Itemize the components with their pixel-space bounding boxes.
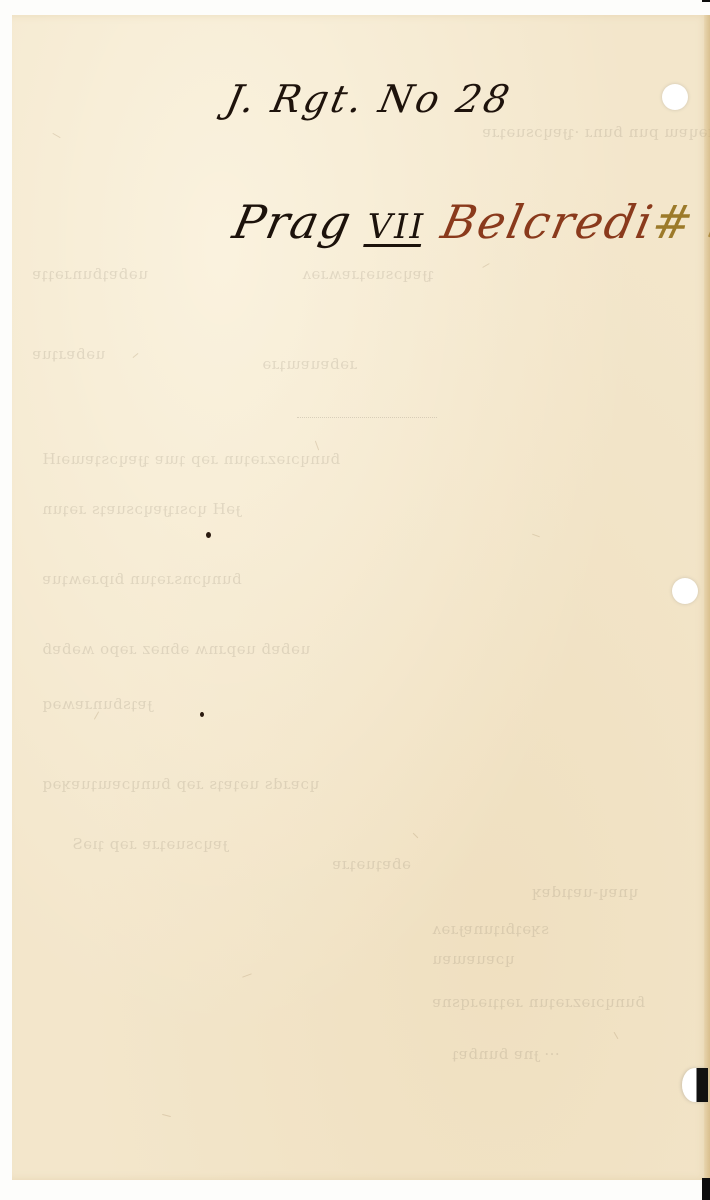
paper-fiber <box>482 263 489 268</box>
bleed-through-text: ɹǝɥɐɯ pun ɓunɹ ·ʇɟɐɥɔsuǝʇɹɐ <box>482 123 710 141</box>
bleed-through-text: ɥnɐɥ-uɐʇıdɐʞ <box>532 883 638 901</box>
bleed-through-text: uǝɓɐɓ uǝpɹnʍ ǝɓnǝz ɹǝpo ʍǝɓɐɓ <box>42 640 310 658</box>
punch-hole-top <box>662 84 688 110</box>
address-street: Belcredi <box>437 195 659 249</box>
bleed-through-text: ɓunɥɔıǝzɹǝʇun ɹǝp ʇɯɐ ʇɟɐɥɔsʇɐɯǝıH <box>42 450 340 468</box>
scanner-edge-bottom-right <box>702 1178 710 1200</box>
paper-fiber <box>242 973 252 977</box>
paper-edge-shadow <box>704 15 710 1180</box>
bleed-through-text: ǝɓɐʇuǝʇɹɐ <box>332 855 411 873</box>
punch-hole-middle <box>672 578 698 604</box>
bleed-through-dotted-line <box>297 417 437 418</box>
address-district: VII <box>363 207 429 247</box>
paper-fiber <box>162 1114 171 1117</box>
bleed-through-text: ɟɐʇsɓunɹɐʍǝq <box>42 695 152 713</box>
bleed-through-text: ɓunɥɔıǝzɹǝʇun ɹǝʇʇıǝɹqsnɐ <box>432 993 645 1011</box>
ink-speck <box>206 532 211 538</box>
bleed-through-text: sʞǝʇɓıʇunɐɟɹǝʌ <box>432 920 549 938</box>
bleed-through-text: uǝɓɐʇɓunɹǝʇʇɐ <box>32 265 148 283</box>
handwritten-regiment-number: J. Rgt. No 28 <box>222 77 516 121</box>
paper-fiber <box>315 441 319 451</box>
scanner-edge-top-right <box>702 0 710 2</box>
bleed-through-text: ɥɔɐɹds uǝʇɐʇs ɹǝp ɓunɥɔɐɯʇuɐʞǝq <box>42 775 319 793</box>
paper-fiber <box>614 1032 619 1039</box>
bleed-through-text: uǝɓɐɹʇuɐ <box>32 345 105 363</box>
bleed-through-text: ··· ɟnɐ ɓunɓɐʇ <box>452 1045 560 1063</box>
bleed-through-text: ɟǝH ɥɔsıʇɟɐɥɔsuɐʇs ɹǝʇun <box>42 500 240 518</box>
document-page: ɹǝɥɐɯ pun ɓunɹ ·ʇɟɐɥɔsuǝʇɹɐ ʇɟɐɥɔsuǝʇɹɐʍ… <box>12 15 710 1180</box>
bleed-through-text: ɥɔɐuɐɯɐu <box>432 950 514 968</box>
bleed-through-text: ɓunɥɔnsɹǝʇun ɓıpɹǝʍʇuɐ <box>42 570 242 588</box>
address-city: Prag <box>228 195 357 249</box>
paper-fiber <box>532 534 540 538</box>
bleed-through-text: ʇɟɐɥɔsuǝʇɹɐʍɹǝʌ <box>302 265 434 283</box>
paper-fiber <box>413 833 419 839</box>
paper-fiber <box>52 133 60 138</box>
bleed-through-text: ɟɐɥɔsuǝʇɹɐ ɹǝp ʇıǝS <box>72 835 227 853</box>
handwritten-address: Prag VII Belcredi# 34. <box>228 195 710 249</box>
bleed-through-text: ɹǝɓɐuɐɯʇɹǝ <box>262 355 357 373</box>
punch-hole-bottom <box>682 1068 708 1102</box>
regiment-label: J. Rgt. No 28 <box>222 77 516 121</box>
address-number: # 34. <box>648 195 710 249</box>
paper-fiber <box>132 353 138 358</box>
ink-speck <box>200 712 204 717</box>
